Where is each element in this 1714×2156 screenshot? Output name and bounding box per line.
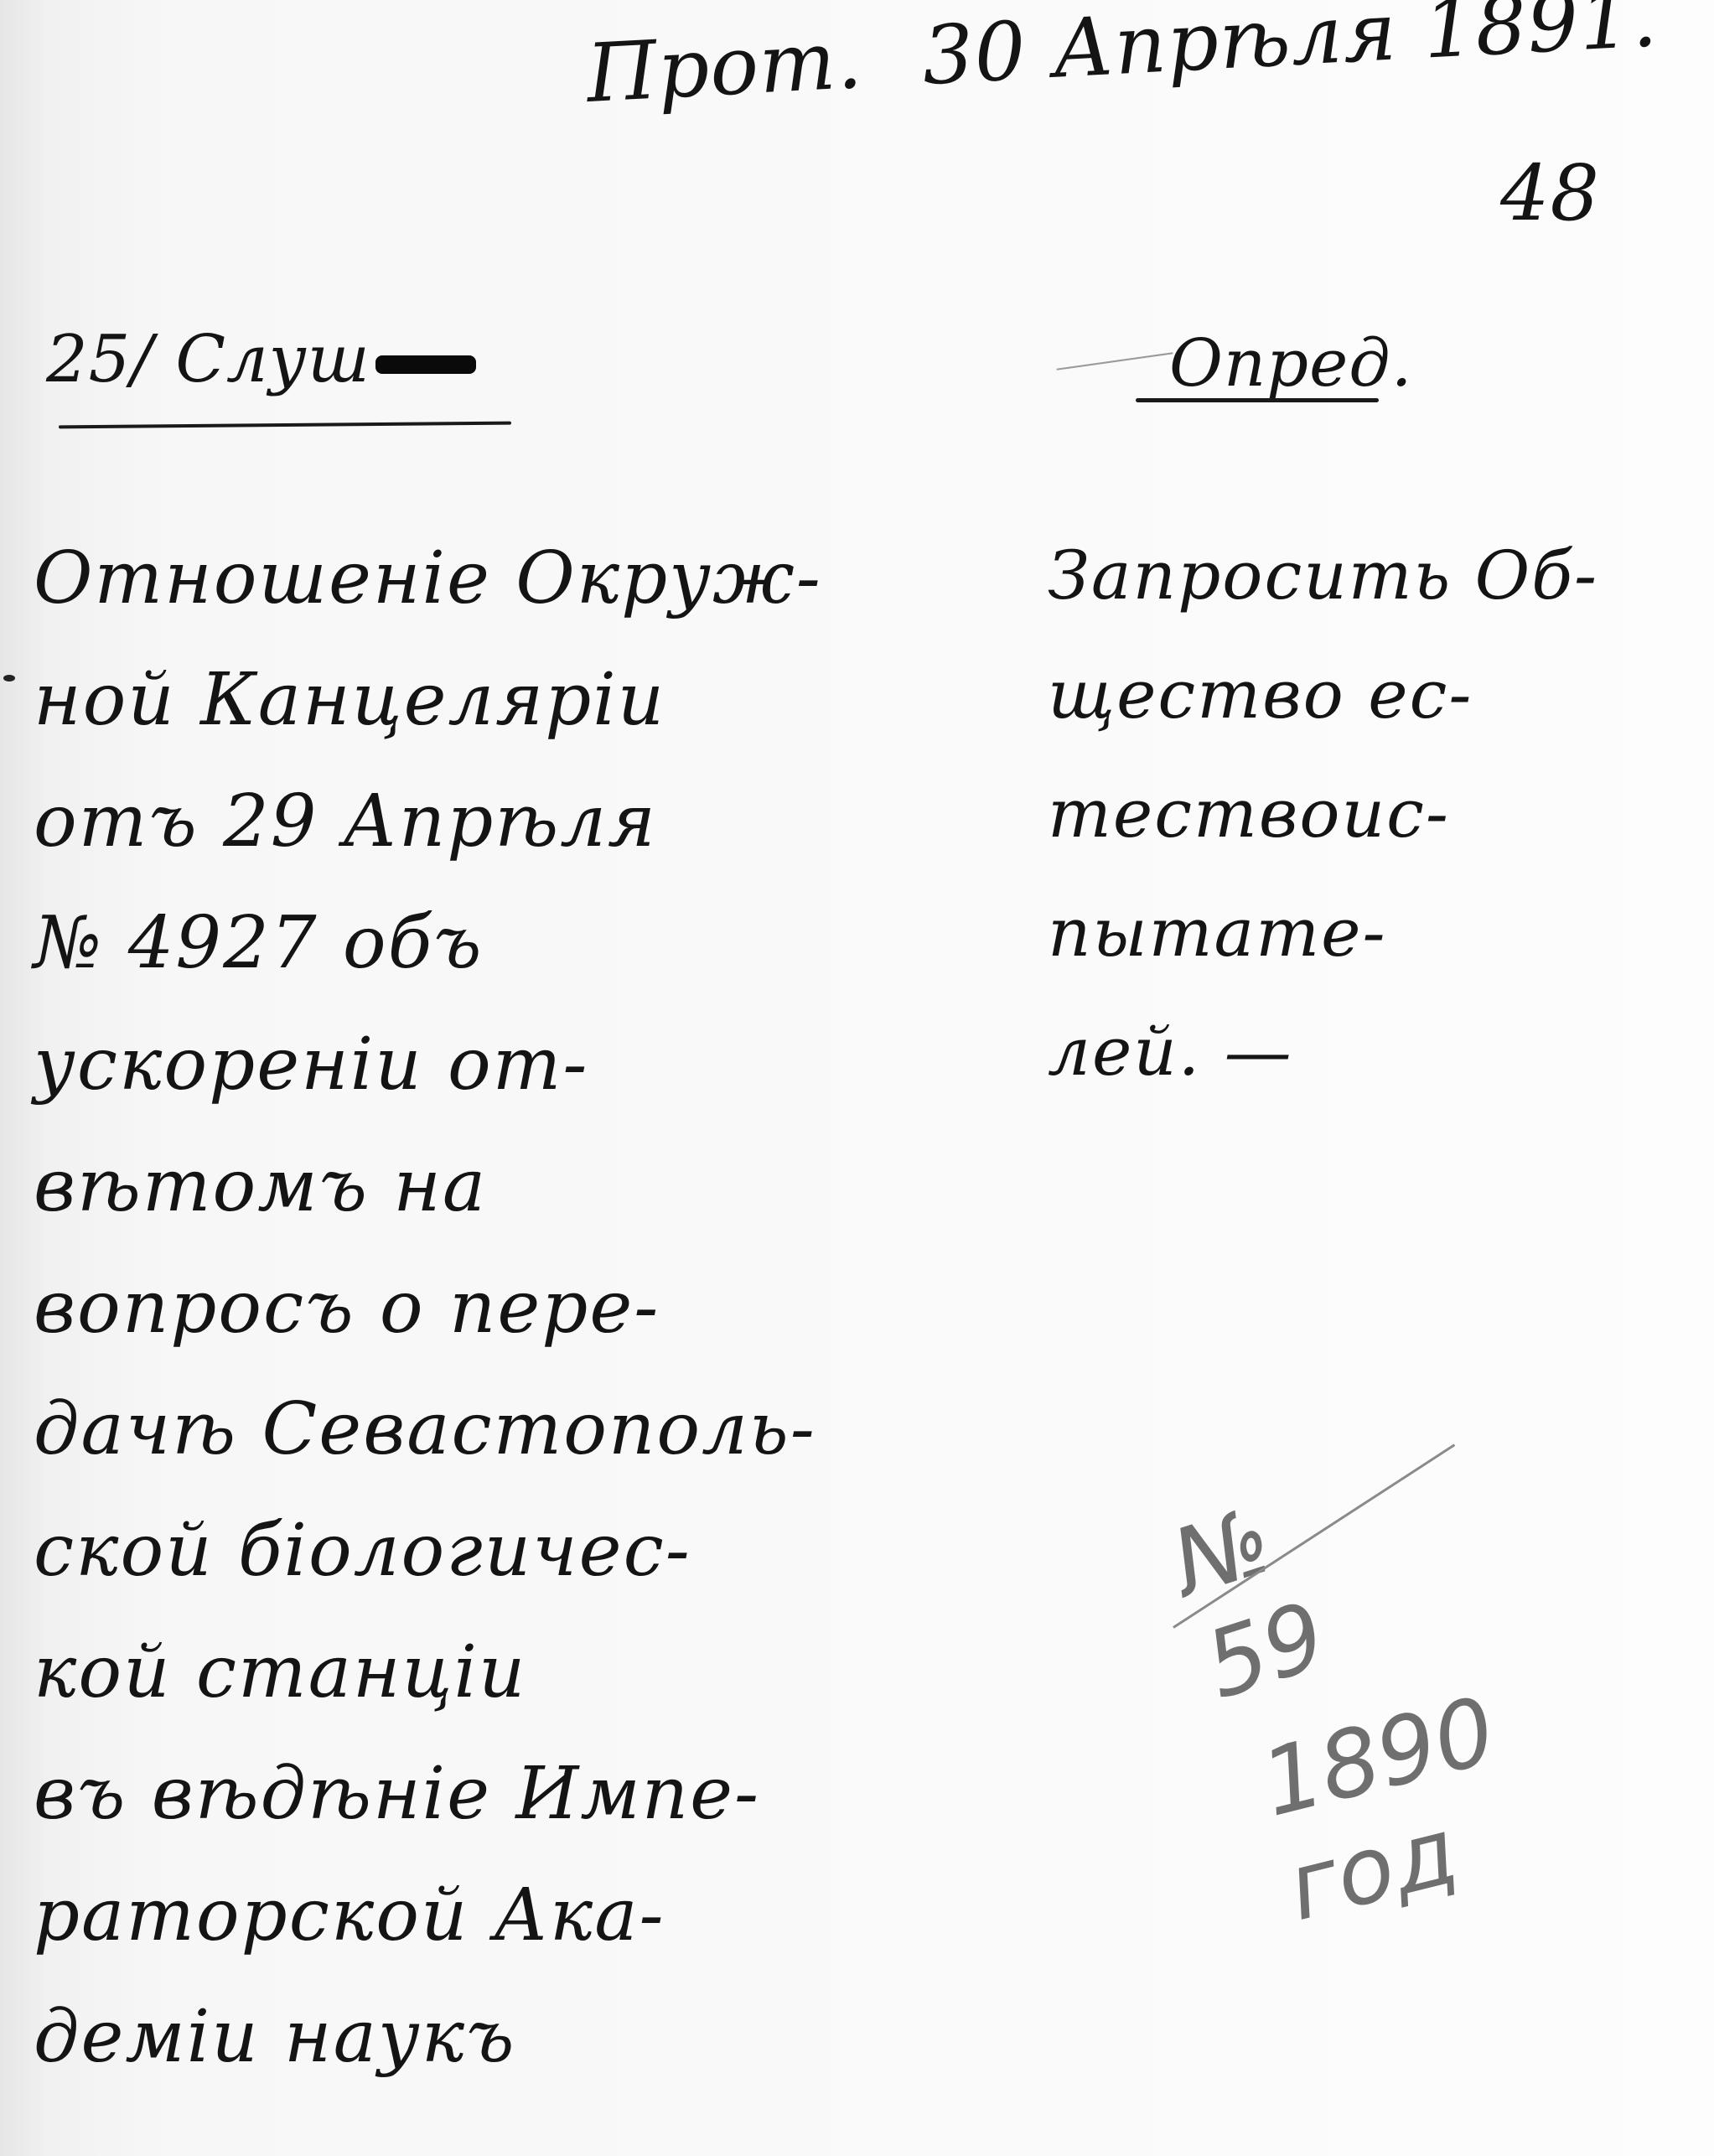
folio-number: 48 — [1500, 155, 1600, 232]
right-column-text: Запросить Об- щество ес- тествоис- пытат… — [1048, 536, 1701, 1132]
text-line: вопросъ о пере- — [34, 1266, 922, 1387]
text-line: щество ес- — [1048, 656, 1701, 775]
text-line: № 4927 объ — [34, 901, 922, 1023]
text-line: Отношенiе Окруж- — [34, 536, 922, 658]
text-line: Запросить Об- — [1048, 536, 1701, 656]
ink-blot-mark — [3, 675, 15, 682]
text-line: пытате- — [1048, 894, 1701, 1013]
heading-text: 25/ Слуш — [46, 322, 370, 397]
text-line: раторской Ака- — [34, 1874, 922, 1995]
protocol-header: Прот. 30 Апрѣля 1891. — [584, 0, 1693, 114]
pencil-number: № 59 — [1160, 1480, 1338, 1720]
decorative-flourish — [1057, 352, 1173, 370]
protocol-date: 30 Апрѣля 1891. — [920, 0, 1660, 103]
text-line: лей. — — [1048, 1013, 1701, 1132]
text-line: въ вѣдѣнiе Импе- — [34, 1752, 922, 1874]
right-column-heading: Опред. — [1169, 331, 1413, 396]
text-line: ной Канцелярiи — [34, 658, 922, 780]
text-line: кой станцiи — [34, 1630, 922, 1752]
text-line: тествоис- — [1048, 775, 1701, 894]
heading-underline-right — [1136, 398, 1379, 402]
text-line: вѣтомъ на — [34, 1144, 922, 1266]
left-column-heading: 25/ Слуш — [46, 327, 476, 392]
text-line: демiи наукъ — [34, 1995, 922, 2117]
ink-blot — [375, 355, 476, 374]
pencil-year: 1890 год — [1251, 1677, 1531, 1941]
text-line: дачѣ Севастополь- — [34, 1387, 922, 1509]
heading-underline-left — [59, 422, 511, 429]
text-line: отъ 29 Апрѣля — [34, 780, 922, 901]
text-line: ускоренiи от- — [34, 1023, 922, 1144]
left-column-text: Отношенiе Окруж- ной Канцелярiи отъ 29 А… — [34, 536, 922, 2117]
protocol-label: Прот. — [584, 13, 865, 121]
document-page: Прот. 30 Апрѣля 1891. 48 25/ Слуш Опред.… — [0, 0, 1714, 2156]
text-line: ской бiологичес- — [34, 1509, 922, 1630]
